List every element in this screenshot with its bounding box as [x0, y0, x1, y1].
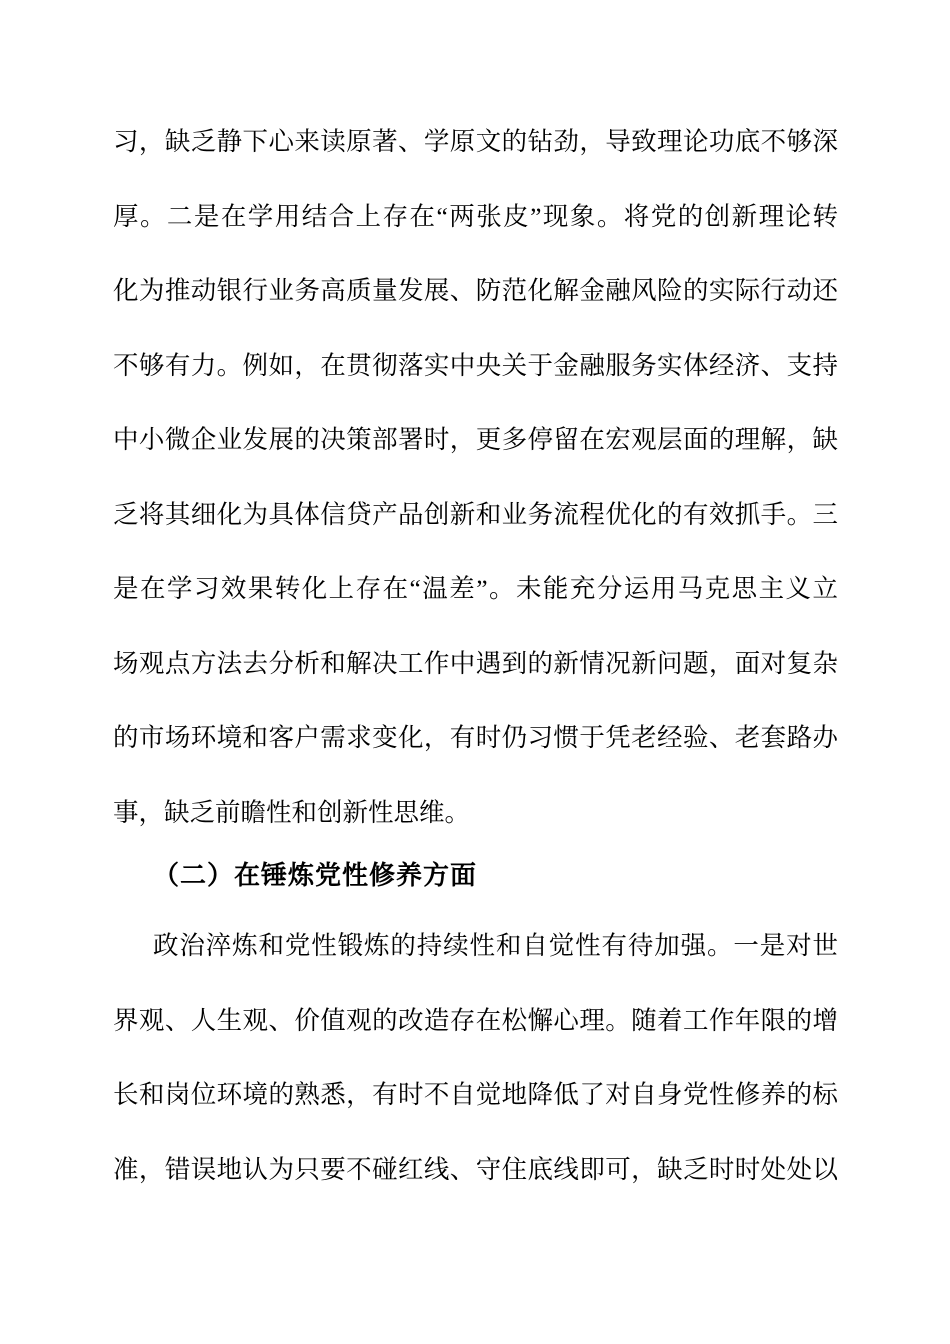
paragraph1-line-4: 不够有力。例如，在贯彻落实中央关于金融服务实体经济、支持 — [113, 329, 838, 404]
paragraph1-line-6: 乏将其细化为具体信贷产品创新和业务流程优化的有效抓手。三 — [113, 478, 838, 553]
paragraph1-line-9: 的市场环境和客户需求变化，有时仍习惯于凭老经验、老套路办 — [113, 701, 838, 776]
paragraph1-line-8: 场观点方法去分析和解决工作中遇到的新情况新问题，面对复杂 — [113, 627, 838, 702]
document-page: 习，缺乏静下心来读原著、学原文的钻劲，导致理论功底不够深 厚。二是在学用结合上存… — [0, 0, 950, 1344]
paragraph1-line-2: 厚。二是在学用结合上存在“两张皮”现象。将党的创新理论转 — [113, 180, 838, 255]
paragraph1-line-3: 化为推动银行业务高质量发展、防范化解金融风险的实际行动还 — [113, 254, 838, 329]
paragraph1-line-1: 习，缺乏静下心来读原著、学原文的钻劲，导致理论功底不够深 — [113, 105, 838, 180]
paragraph2-line-4: 准，错误地认为只要不碰红线、守住底线即可，缺乏时时处处以 — [113, 1133, 838, 1208]
paragraph1-line-7: 是在学习效果转化上存在“温差”。未能充分运用马克思主义立 — [113, 552, 838, 627]
paragraph2-line-3: 长和岗位环境的熟悉，有时不自觉地降低了对自身党性修养的标 — [113, 1058, 838, 1133]
paragraph2-line-1: 政治淬炼和党性锻炼的持续性和自觉性有待加强。一是对世 — [113, 909, 838, 984]
paragraph2-line-2: 界观、人生观、价值观的改造存在松懈心理。随着工作年限的增 — [113, 984, 838, 1059]
paragraph1-line-10: 事，缺乏前瞻性和创新性思维。 — [113, 776, 838, 851]
paragraph1-line-5: 中小微企业发展的决策部署时，更多停留在宏观层面的理解，缺 — [113, 403, 838, 478]
section-heading-2: （二）在锤炼党性修养方面 — [113, 841, 838, 909]
